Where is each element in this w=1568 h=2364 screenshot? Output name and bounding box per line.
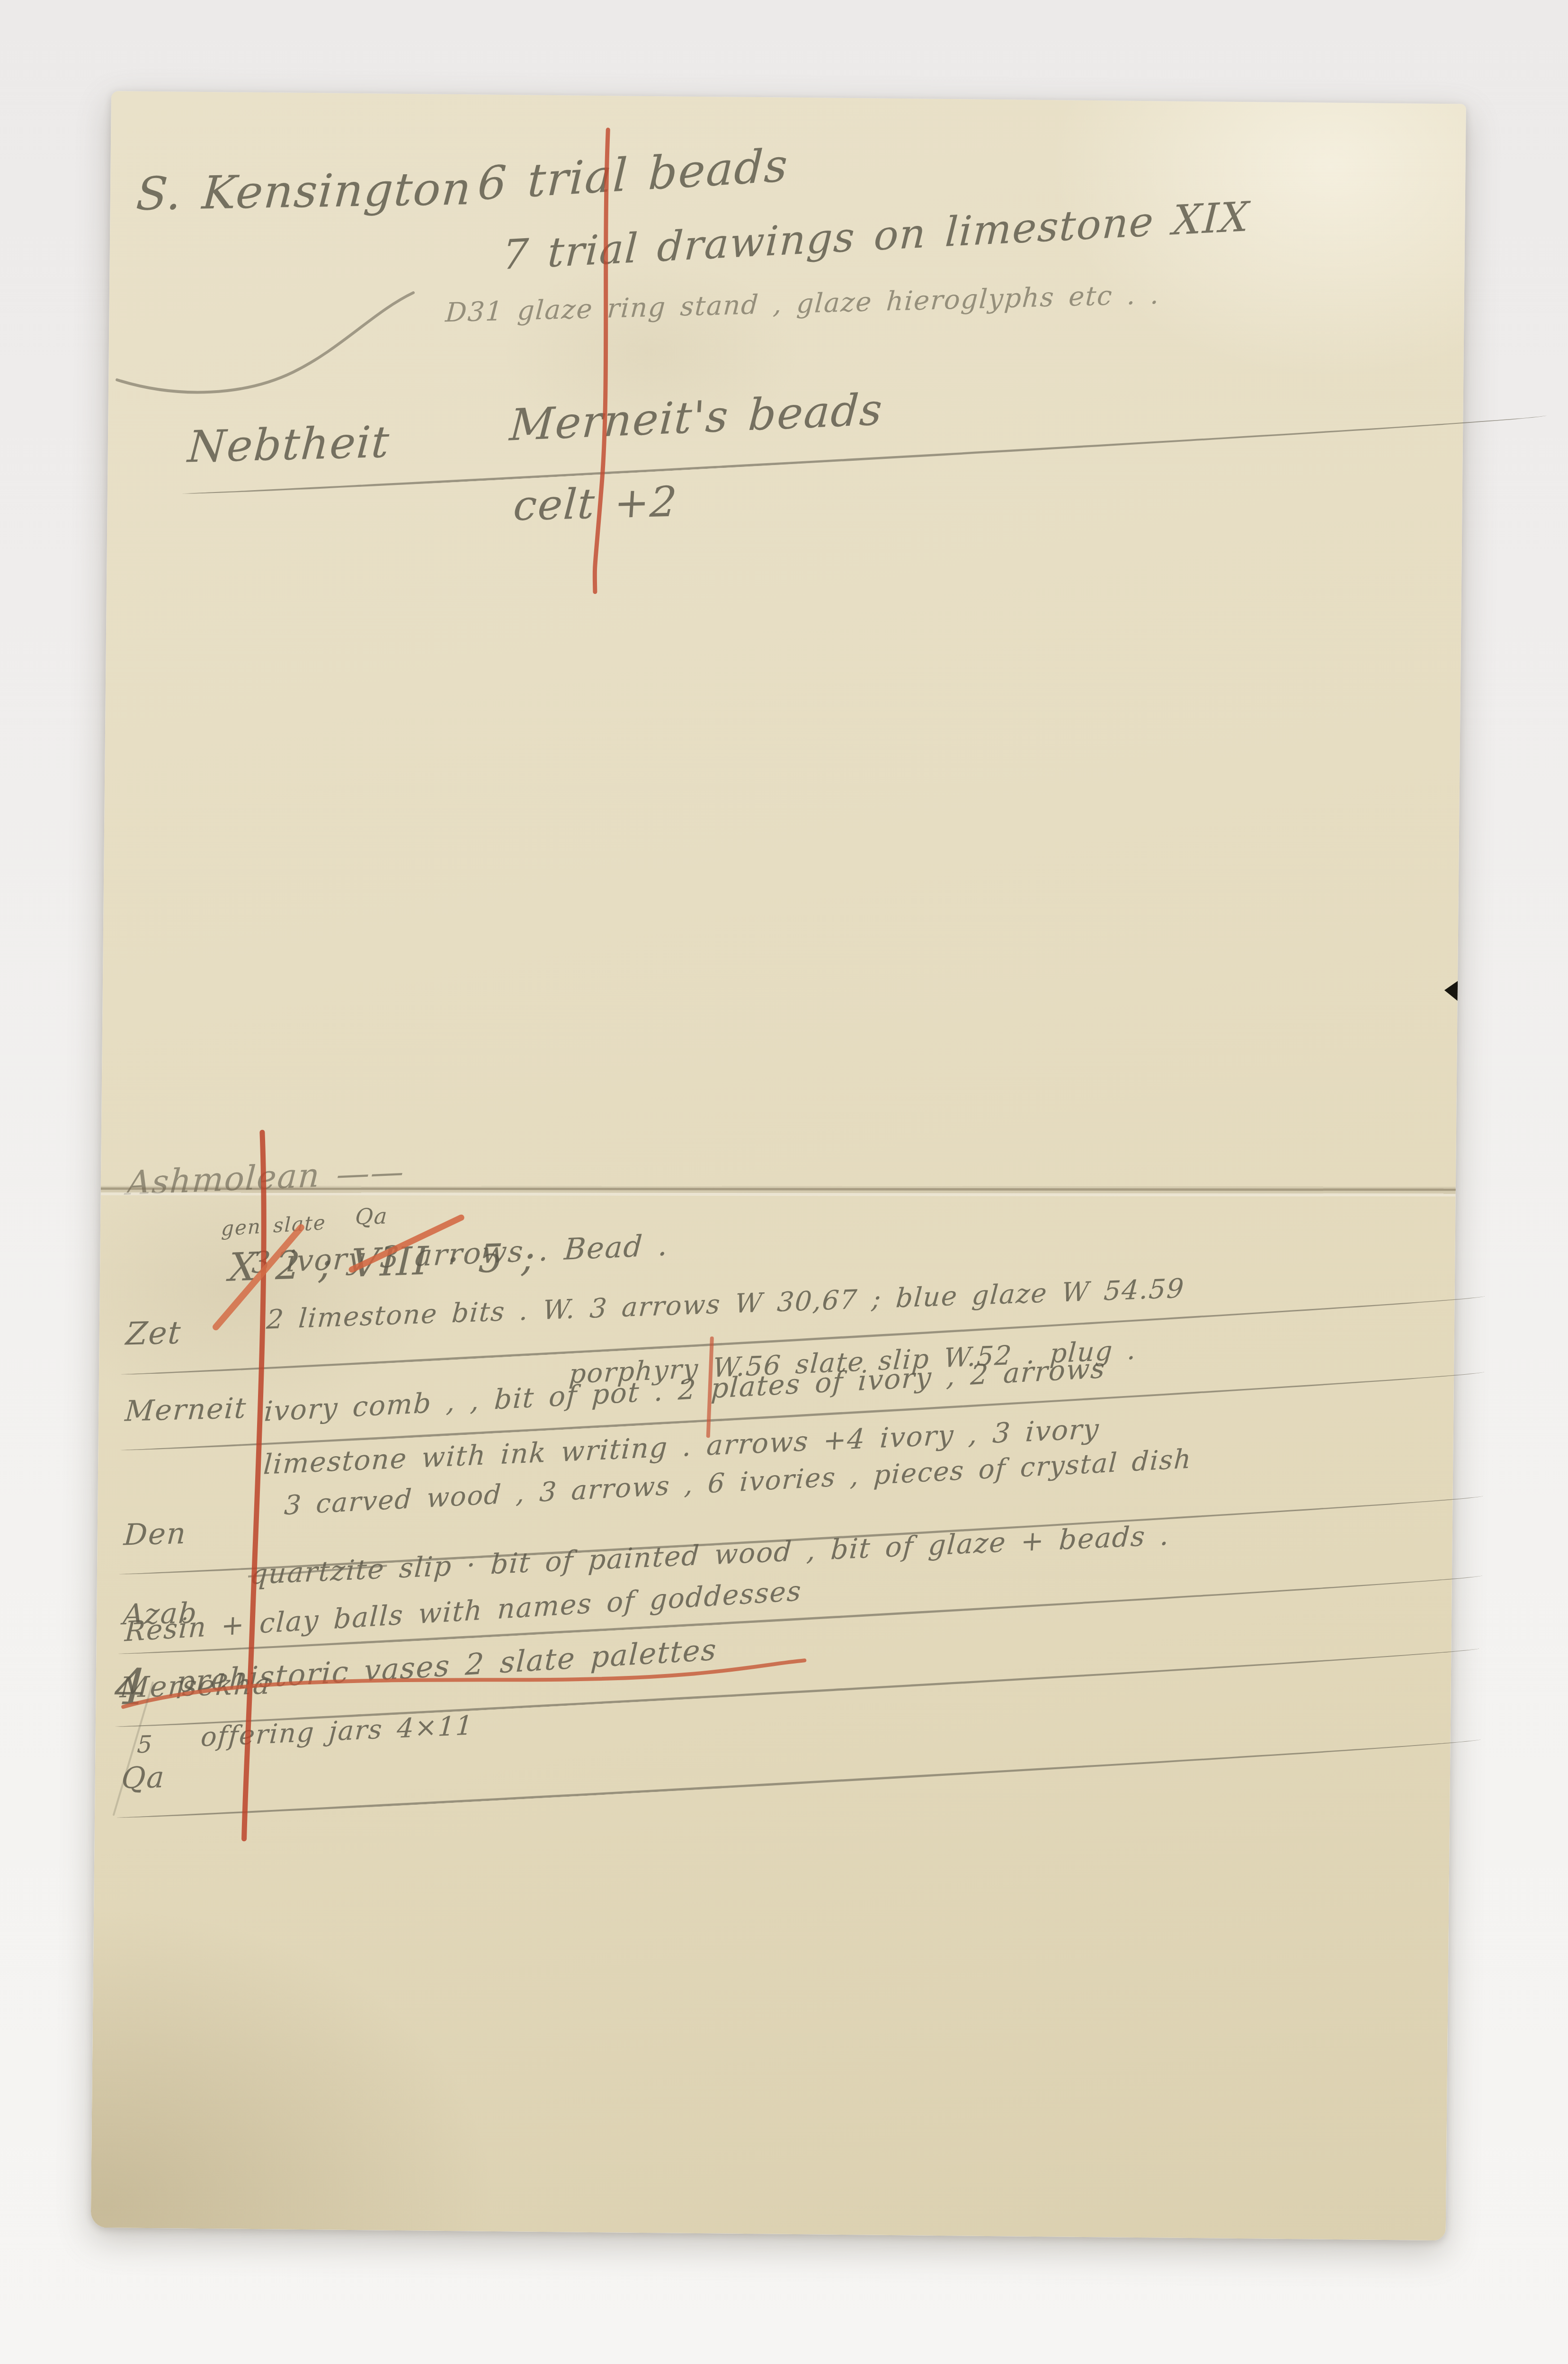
- upper-line-trial-drawings: 7 trial drawings on limestone XIX: [501, 197, 1251, 276]
- heading-ashmolean: Ashmolean ——: [126, 1155, 406, 1200]
- upper-line-d31: D31 glaze ring stand , glaze hieroglyphs…: [445, 282, 1160, 326]
- photograph-of-manuscript: S. Kensington 6 trial beads 7 trial draw…: [0, 0, 1568, 2364]
- paper-edge-notch: [1444, 981, 1458, 1001]
- heading-s-kensington: S. Kensington: [135, 166, 473, 217]
- upper-line-trial-beads: 6 trial beads: [477, 143, 790, 207]
- upper-line-celt: celt +2: [512, 481, 679, 527]
- manuscript-sheet: S. Kensington 6 trial beads 7 trial draw…: [91, 91, 1466, 2240]
- note-gen-slate: gen slate: [221, 1213, 327, 1239]
- entry-qa-struck-word: quartzite: [249, 1553, 386, 1591]
- entry-4-number: 4: [113, 1662, 149, 1712]
- note-qa: Qa: [355, 1205, 389, 1227]
- entry-5-number: 5: [136, 1732, 153, 1756]
- entry-zet-text: 3 ivory 3 arrows . Bead .: [251, 1230, 669, 1278]
- pencil-underline-flourish: [117, 290, 413, 394]
